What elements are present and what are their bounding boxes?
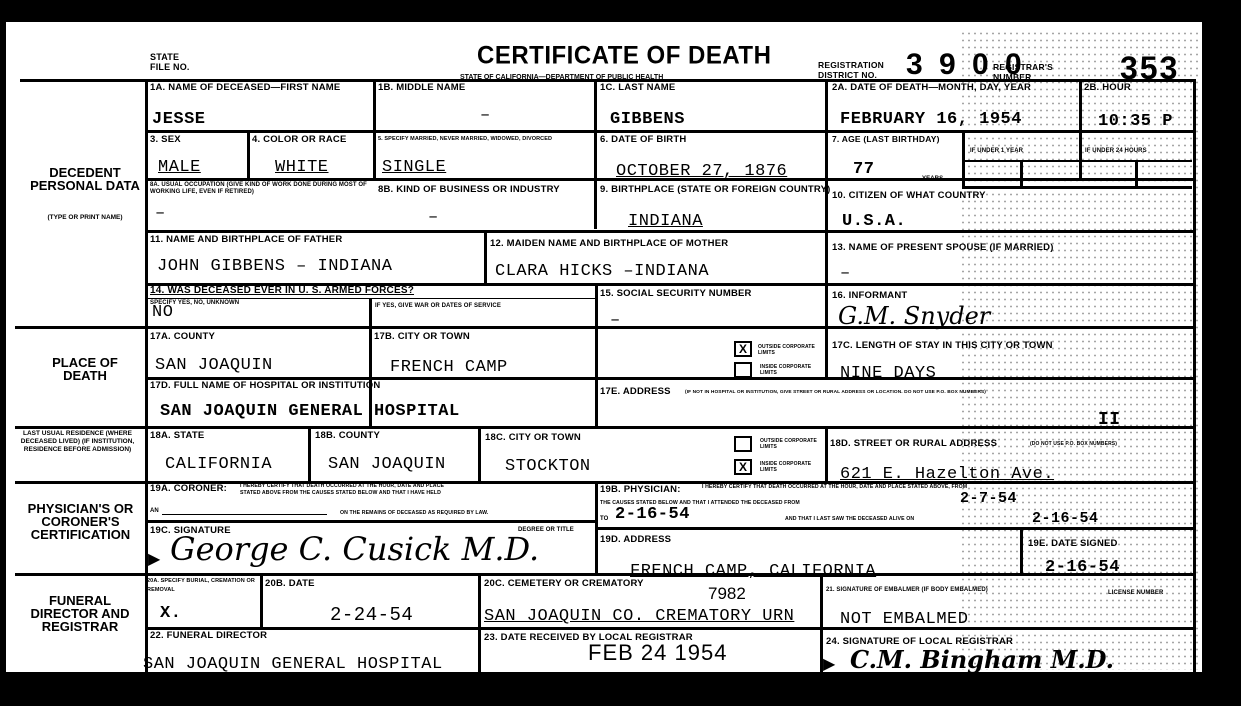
divider xyxy=(15,426,1195,429)
divider xyxy=(595,377,598,427)
divider xyxy=(825,79,828,379)
section-decedent-note: (TYPE OR PRINT NAME) xyxy=(40,214,130,222)
value-residence-street: 621 E. Hazelton Ave. xyxy=(840,465,1054,484)
checkbox-res-inside-limits[interactable]: X xyxy=(734,459,752,475)
label-10: 10. CITIZEN OF WHAT COUNTRY xyxy=(832,190,986,201)
value-date-of-death: FEBRUARY 16, 1954 xyxy=(840,110,1022,129)
label-22: 22. FUNERAL DIRECTOR xyxy=(150,630,267,641)
coroner-text-3: AN xyxy=(150,508,159,514)
label-under-day: IF UNDER 24 HOURS xyxy=(1085,148,1147,154)
value-business: – xyxy=(428,208,439,227)
divider xyxy=(962,160,1192,162)
label-17d: 17d. FULL NAME OF HOSPITAL OR INSTITUTIO… xyxy=(150,380,380,391)
divider xyxy=(825,426,828,482)
value-physician-address: FRENCH CAMP, CALIFORNIA xyxy=(630,562,876,581)
value-death-county: SAN JOAQUIN xyxy=(155,356,273,375)
label-8b: 8b. KIND OF BUSINESS OR INDUSTRY xyxy=(378,184,560,195)
label-6: 6. DATE OF BIRTH xyxy=(600,134,686,145)
value-sex: MALE xyxy=(158,158,201,177)
label-17c: 17c. LENGTH OF STAY IN THIS CITY OR TOWN xyxy=(832,340,1053,351)
physician-text-1: I HEREBY CERTIFY THAT DEATH OCCURRED AT … xyxy=(702,484,967,490)
label-12: 12. MAIDEN NAME AND BIRTHPLACE OF MOTHER xyxy=(490,238,728,249)
label-18d-note: (DO NOT USE P.O. BOX NUMBERS) xyxy=(1030,441,1117,447)
label-15: 15. SOCIAL SECURITY NUMBER xyxy=(600,288,752,299)
label-13: 13. NAME OF PRESENT SPOUSE (IF MARRIED) xyxy=(832,242,1054,253)
label-inside-limits: INSIDE CORPORATE LIMITS xyxy=(760,364,820,376)
divider xyxy=(478,426,481,482)
checkbox-inside-limits[interactable] xyxy=(734,362,752,378)
value-disposition-date: 2-24-54 xyxy=(330,604,413,626)
value-birthplace: INDIANA xyxy=(628,212,703,231)
value-father: JOHN GIBBENS – INDIANA xyxy=(157,257,392,276)
value-death-city: FRENCH CAMP xyxy=(390,358,508,377)
divider xyxy=(484,230,487,283)
value-middle-name: – xyxy=(480,106,491,125)
label-20a: 20a. SPECIFY BURIAL, CREMATION OR REMOVA… xyxy=(147,577,257,595)
state-file-label: STATE FILE NO. xyxy=(150,52,200,72)
value-hour: 10:35 P xyxy=(1098,112,1173,131)
divider xyxy=(1020,160,1023,188)
value-race: WHITE xyxy=(275,158,329,177)
label-16: 16. INFORMANT xyxy=(832,290,907,301)
value-residence-county: SAN JOAQUIN xyxy=(328,455,446,474)
value-attended-from: 2-7-54 xyxy=(960,490,1017,507)
divider xyxy=(595,283,1195,286)
label-18a: 18a. STATE xyxy=(150,430,204,441)
divider xyxy=(260,573,263,628)
coroner-text-2: STATED ABOVE FROM THE CAUSES STATED BELO… xyxy=(240,490,441,496)
divider xyxy=(962,130,965,188)
label-2b: 2b. HOUR xyxy=(1084,82,1131,93)
physician-text-3: AND THAT I LAST SAW THE DECEASED ALIVE O… xyxy=(785,516,914,522)
divider xyxy=(15,326,1195,329)
label-11: 11. NAME AND BIRTHPLACE OF FATHER xyxy=(150,234,342,245)
scan-border xyxy=(0,672,1241,706)
label-14: 14. WAS DECEASED EVER IN U. S. ARMED FOR… xyxy=(150,285,414,296)
value-age: 77 xyxy=(853,160,874,179)
value-hospital: SAN JOAQUIN GENERAL HOSPITAL xyxy=(160,402,460,421)
divider xyxy=(145,298,595,299)
label-7: 7. AGE (LAST BIRTHDAY) xyxy=(832,134,940,144)
value-residence-state: CALIFORNIA xyxy=(165,455,272,474)
section-funeral: FUNERAL DIRECTOR AND REGISTRAR xyxy=(30,594,130,633)
label-18b: 18b. COUNTY xyxy=(315,430,380,441)
value-embalmer: NOT EMBALMED xyxy=(840,610,968,629)
label-9: 9. BIRTHPLACE (STATE OR FOREIGN COUNTRY) xyxy=(600,184,831,195)
certificate-title: CERTIFICATE OF DEATH xyxy=(477,41,771,70)
label-1a: 1a. NAME OF DECEASED—FIRST NAME xyxy=(150,82,340,93)
coroner-text-4: ON THE REMAINS OF DECEASED AS REQUIRED B… xyxy=(340,510,488,516)
mark-17e: II xyxy=(1098,410,1121,430)
physician-signature: George C. Cusick M.D. xyxy=(170,530,539,568)
section-place-of-death: PLACE OF DEATH xyxy=(40,356,130,382)
divider xyxy=(373,79,376,179)
label-19d: 19d. ADDRESS xyxy=(600,534,671,545)
label-outside-limits: OUTSIDE CORPORATE LIMITS xyxy=(758,344,818,356)
label-20b: 20b. DATE xyxy=(265,578,315,589)
label-21: 21. SIGNATURE OF EMBALMER (IF BODY EMBAL… xyxy=(826,587,988,593)
label-18d: 18d. STREET OR RURAL ADDRESS xyxy=(830,438,997,449)
label-1b: 1b. MIDDLE NAME xyxy=(378,82,465,93)
label-4: 4. COLOR OR RACE xyxy=(252,134,347,145)
label-19a: 19a. CORONER: xyxy=(150,483,227,494)
section-decedent: DECEDENT PERSONAL DATA xyxy=(30,166,140,192)
label-8a: 8a. USUAL OCCUPATION (GIVE KIND OF WORK … xyxy=(150,182,370,196)
label-14-sub-b: IF YES, GIVE WAR OR DATES OF SERVICE xyxy=(375,303,501,309)
divider xyxy=(478,573,481,673)
label-2a: 2a. DATE OF DEATH—MONTH, DAY, YEAR xyxy=(832,82,1031,93)
label-17a: 17a. COUNTY xyxy=(150,331,215,342)
value-mother: CLARA HICKS –INDIANA xyxy=(495,262,709,281)
physician-to-label: TO xyxy=(600,516,608,522)
value-occupation: – xyxy=(155,204,166,223)
value-date-received: FEB 24 1954 xyxy=(588,640,727,666)
value-last-seen: 2-16-54 xyxy=(1032,510,1099,527)
coroner-line xyxy=(162,514,327,515)
divider xyxy=(1135,160,1138,188)
value-attended-to: 2-16-54 xyxy=(615,505,690,524)
divider xyxy=(308,426,311,482)
section-residence: LAST USUAL RESIDENCE (WHERE DECEASED LIV… xyxy=(15,430,140,454)
age-unit: YEARS xyxy=(922,176,943,182)
value-date-signed: 2-16-54 xyxy=(1045,558,1120,577)
label-20c: 20c. CEMETERY OR CREMATORY xyxy=(484,578,644,589)
value-ssn: – xyxy=(610,311,621,330)
label-5: 5. SPECIFY MARRIED, NEVER MARRIED, WIDOW… xyxy=(378,136,552,142)
label-18c: 18c. CITY OR TOWN xyxy=(485,432,581,443)
checkbox-res-outside-limits[interactable] xyxy=(734,436,752,452)
value-length-of-stay: NINE DAYS xyxy=(840,364,936,383)
label-res-inside-limits: INSIDE CORPORATE LIMITS xyxy=(760,461,820,473)
label-19e: 19e. DATE SIGNED xyxy=(1028,538,1118,549)
value-date-of-birth: OCTOBER 27, 1876 xyxy=(616,162,787,181)
value-spouse: – xyxy=(840,264,851,283)
label-1c: 1c. LAST NAME xyxy=(600,82,675,93)
divider xyxy=(595,481,598,574)
registrar-signature: C.M. Bingham M.D. xyxy=(850,645,1114,674)
label-3: 3. SEX xyxy=(150,134,181,145)
section-physician: PHYSICIAN'S OR CORONER'S CERTIFICATION xyxy=(18,502,143,541)
divider xyxy=(15,573,1195,576)
divider xyxy=(247,130,250,178)
value-cemetery-number: 7982 xyxy=(708,584,746,604)
divider xyxy=(595,527,1195,530)
value-residence-city: STOCKTON xyxy=(505,457,591,476)
divider xyxy=(1020,527,1023,574)
label-under-year: IF UNDER 1 YEAR xyxy=(970,148,1023,154)
value-armed-forces: NO xyxy=(152,303,173,322)
value-marital-status: SINGLE xyxy=(382,158,446,177)
value-first-name: JESSE xyxy=(152,110,206,129)
label-17e-note: (IF NOT IN HOSPITAL OR INSTITUTION, GIVE… xyxy=(685,390,986,395)
divider xyxy=(594,79,597,229)
coroner-text-1: I HEREBY CERTIFY THAT DEATH OCCURRED AT … xyxy=(240,483,444,489)
registration-district-label: REGISTRATION DISTRICT NO. xyxy=(818,60,908,80)
arrow-icon: ▶ xyxy=(148,549,160,569)
divider xyxy=(145,520,595,523)
checkbox-outside-limits[interactable]: X xyxy=(734,341,752,357)
label-res-outside-limits: OUTSIDE CORPORATE LIMITS xyxy=(760,438,820,450)
divider xyxy=(1079,79,1082,179)
informant-signature: G.M. Snyder xyxy=(838,302,990,330)
divider xyxy=(145,627,1195,630)
label-17b: 17b. CITY OR TOWN xyxy=(374,331,470,342)
value-citizenship: U.S.A. xyxy=(842,212,906,231)
divider xyxy=(962,186,1192,189)
label-19b: 19b. PHYSICIAN: xyxy=(600,484,681,495)
arrow-icon: ▶ xyxy=(823,654,835,674)
label-license: LICENSE NUMBER xyxy=(1108,590,1163,596)
value-cemetery: SAN JOAQUIN CO. CREMATORY URN xyxy=(484,607,794,626)
value-last-name: GIBBENS xyxy=(610,110,685,129)
divider xyxy=(595,283,598,378)
value-disposition: X. xyxy=(160,604,181,623)
divider xyxy=(145,130,1195,133)
label-17e: 17e. ADDRESS xyxy=(600,386,671,397)
